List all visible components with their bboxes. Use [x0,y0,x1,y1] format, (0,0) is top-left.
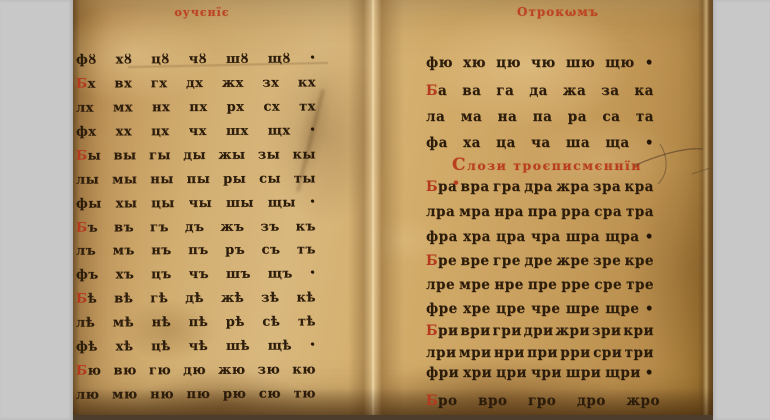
syllable: хра [463,228,491,247]
syllable: ка [634,82,654,101]
syllable: на [498,108,518,127]
row-end-dot: • [645,300,654,319]
syllable: фю [426,54,453,73]
row-end-dot: • [645,228,654,247]
syllable: ла [426,108,445,127]
syllable: жа [563,82,586,101]
syllable: па [533,108,553,127]
syllable: шри [566,364,601,383]
syllable: шю [566,54,595,73]
syllable: са [602,108,620,127]
red-initial-letter: Б [426,323,438,339]
syllable: Бра [426,178,457,197]
syllable: сра [594,203,622,222]
syllable: гри [493,322,522,341]
syllable: щра [605,228,639,247]
syllable: при [527,344,558,363]
syllable: кре [625,252,654,271]
syllable: нра [494,203,524,222]
syllable: мре [459,276,490,295]
syllable: лри [426,344,456,363]
syllable: фри [426,364,459,383]
syllable: ма [461,108,482,127]
syllable: гро [528,392,556,411]
syllable: та [636,108,654,127]
syllable-row: Бравраградражразракра [426,178,654,197]
syllable: фре [426,300,458,319]
syllable: лра [426,203,455,222]
syllable: Ба [426,82,447,101]
syllable: вре [461,252,490,271]
syllable: дри [524,322,554,341]
syllable-row: лримринриприррисритри [426,344,654,363]
syllable: Бро [426,392,458,411]
syllable: гра [493,178,521,197]
syllable: цре [496,300,526,319]
syllable: три [625,344,654,363]
syllable: шра [566,228,600,247]
syllable: га [496,82,514,101]
syllable-row: фрехрецречрешрещре• [426,300,654,319]
syllable: щре [605,300,639,319]
syllable: тре [626,276,654,295]
syllable-row: фрихрицричришрищри• [426,364,654,383]
syllable: жре [556,252,589,271]
syllable: ха [463,134,481,153]
syllable-row: Бреврегредрежрезрекре [426,252,654,271]
syllable-row: фрахрацрачрашращра• [426,228,654,247]
syllable-row: фюхюцючюшющю• [426,54,654,73]
syllable: кри [623,322,654,341]
syllable: жро [626,392,660,411]
syllable: Бри [426,322,459,341]
row-end-dot: • [645,54,654,73]
syllable: хри [463,364,492,383]
syllable: сри [593,344,622,363]
manuscript-photo: оучєнїє Отрокωмъ Слози троєписмєннїи • ф… [0,0,770,420]
syllable: щри [605,364,641,383]
syllable: мра [459,203,490,222]
syllable: чре [531,300,560,319]
syllable: за [601,82,619,101]
syllable: ври [460,322,490,341]
syllable: пра [528,203,558,222]
syllable: тра [626,203,654,222]
syllable-row: лрамранрапраррасратра [426,203,654,222]
syllable: рри [560,344,590,363]
syllable: фра [426,228,458,247]
syllable-row: Бривригридрижризрикри [426,322,654,341]
syllable: хю [463,54,486,73]
syllable: ща [605,134,629,153]
syllable-row: Броврогродрожро [426,392,660,411]
syllable: хре [463,300,491,319]
syllable: Бре [426,252,457,271]
syllable: чри [531,364,562,383]
syllable: жри [555,322,590,341]
row-end-dot: • [645,134,654,153]
left-backdrop-strip [0,0,73,420]
syllable: рре [561,276,590,295]
syllable: щю [605,54,634,73]
syllable: чю [531,54,556,73]
right-page-syllable-table: фюхюцючюшющю•Бавагадажазакаламанапарасат… [0,0,770,420]
red-initial-letter: Б [426,83,438,99]
syllable: дра [524,178,553,197]
right-backdrop-strip [713,0,770,420]
syllable: вра [461,178,490,197]
syllable: ша [566,134,590,153]
syllable: мри [459,344,492,363]
syllable: дро [577,392,606,411]
syllable: зра [593,178,621,197]
syllable: нре [494,276,523,295]
syllable: зри [592,322,622,341]
syllable: зре [593,252,621,271]
syllable: вро [478,392,507,411]
red-initial-letter: Б [426,179,438,195]
syllable: гре [493,252,521,271]
syllable: рра [561,203,590,222]
syllable-row: фахацачашаща• [426,134,654,153]
syllable: ча [531,134,551,153]
syllable: нри [494,344,525,363]
syllable: да [529,82,548,101]
red-initial-letter: Б [426,253,438,269]
syllable: ва [462,82,481,101]
syllable: чра [531,228,561,247]
syllable: ца [496,134,516,153]
syllable: фа [426,134,448,153]
syllable: цра [496,228,526,247]
syllable: лре [426,276,455,295]
syllable: пре [528,276,557,295]
syllable-row: Бавагадажазака [426,82,654,101]
syllable-row: ламанапарасата [426,108,654,127]
syllable-row: лремренрепрерресретре [426,276,654,295]
syllable: ра [568,108,587,127]
syllable: сре [594,276,622,295]
syllable: жра [556,178,589,197]
syllable: дре [524,252,553,271]
red-initial-letter: Б [426,393,438,409]
syllable: шре [566,300,600,319]
syllable: цю [496,54,521,73]
row-end-dot: • [645,364,654,383]
syllable: цри [496,364,527,383]
syllable: кра [624,178,653,197]
